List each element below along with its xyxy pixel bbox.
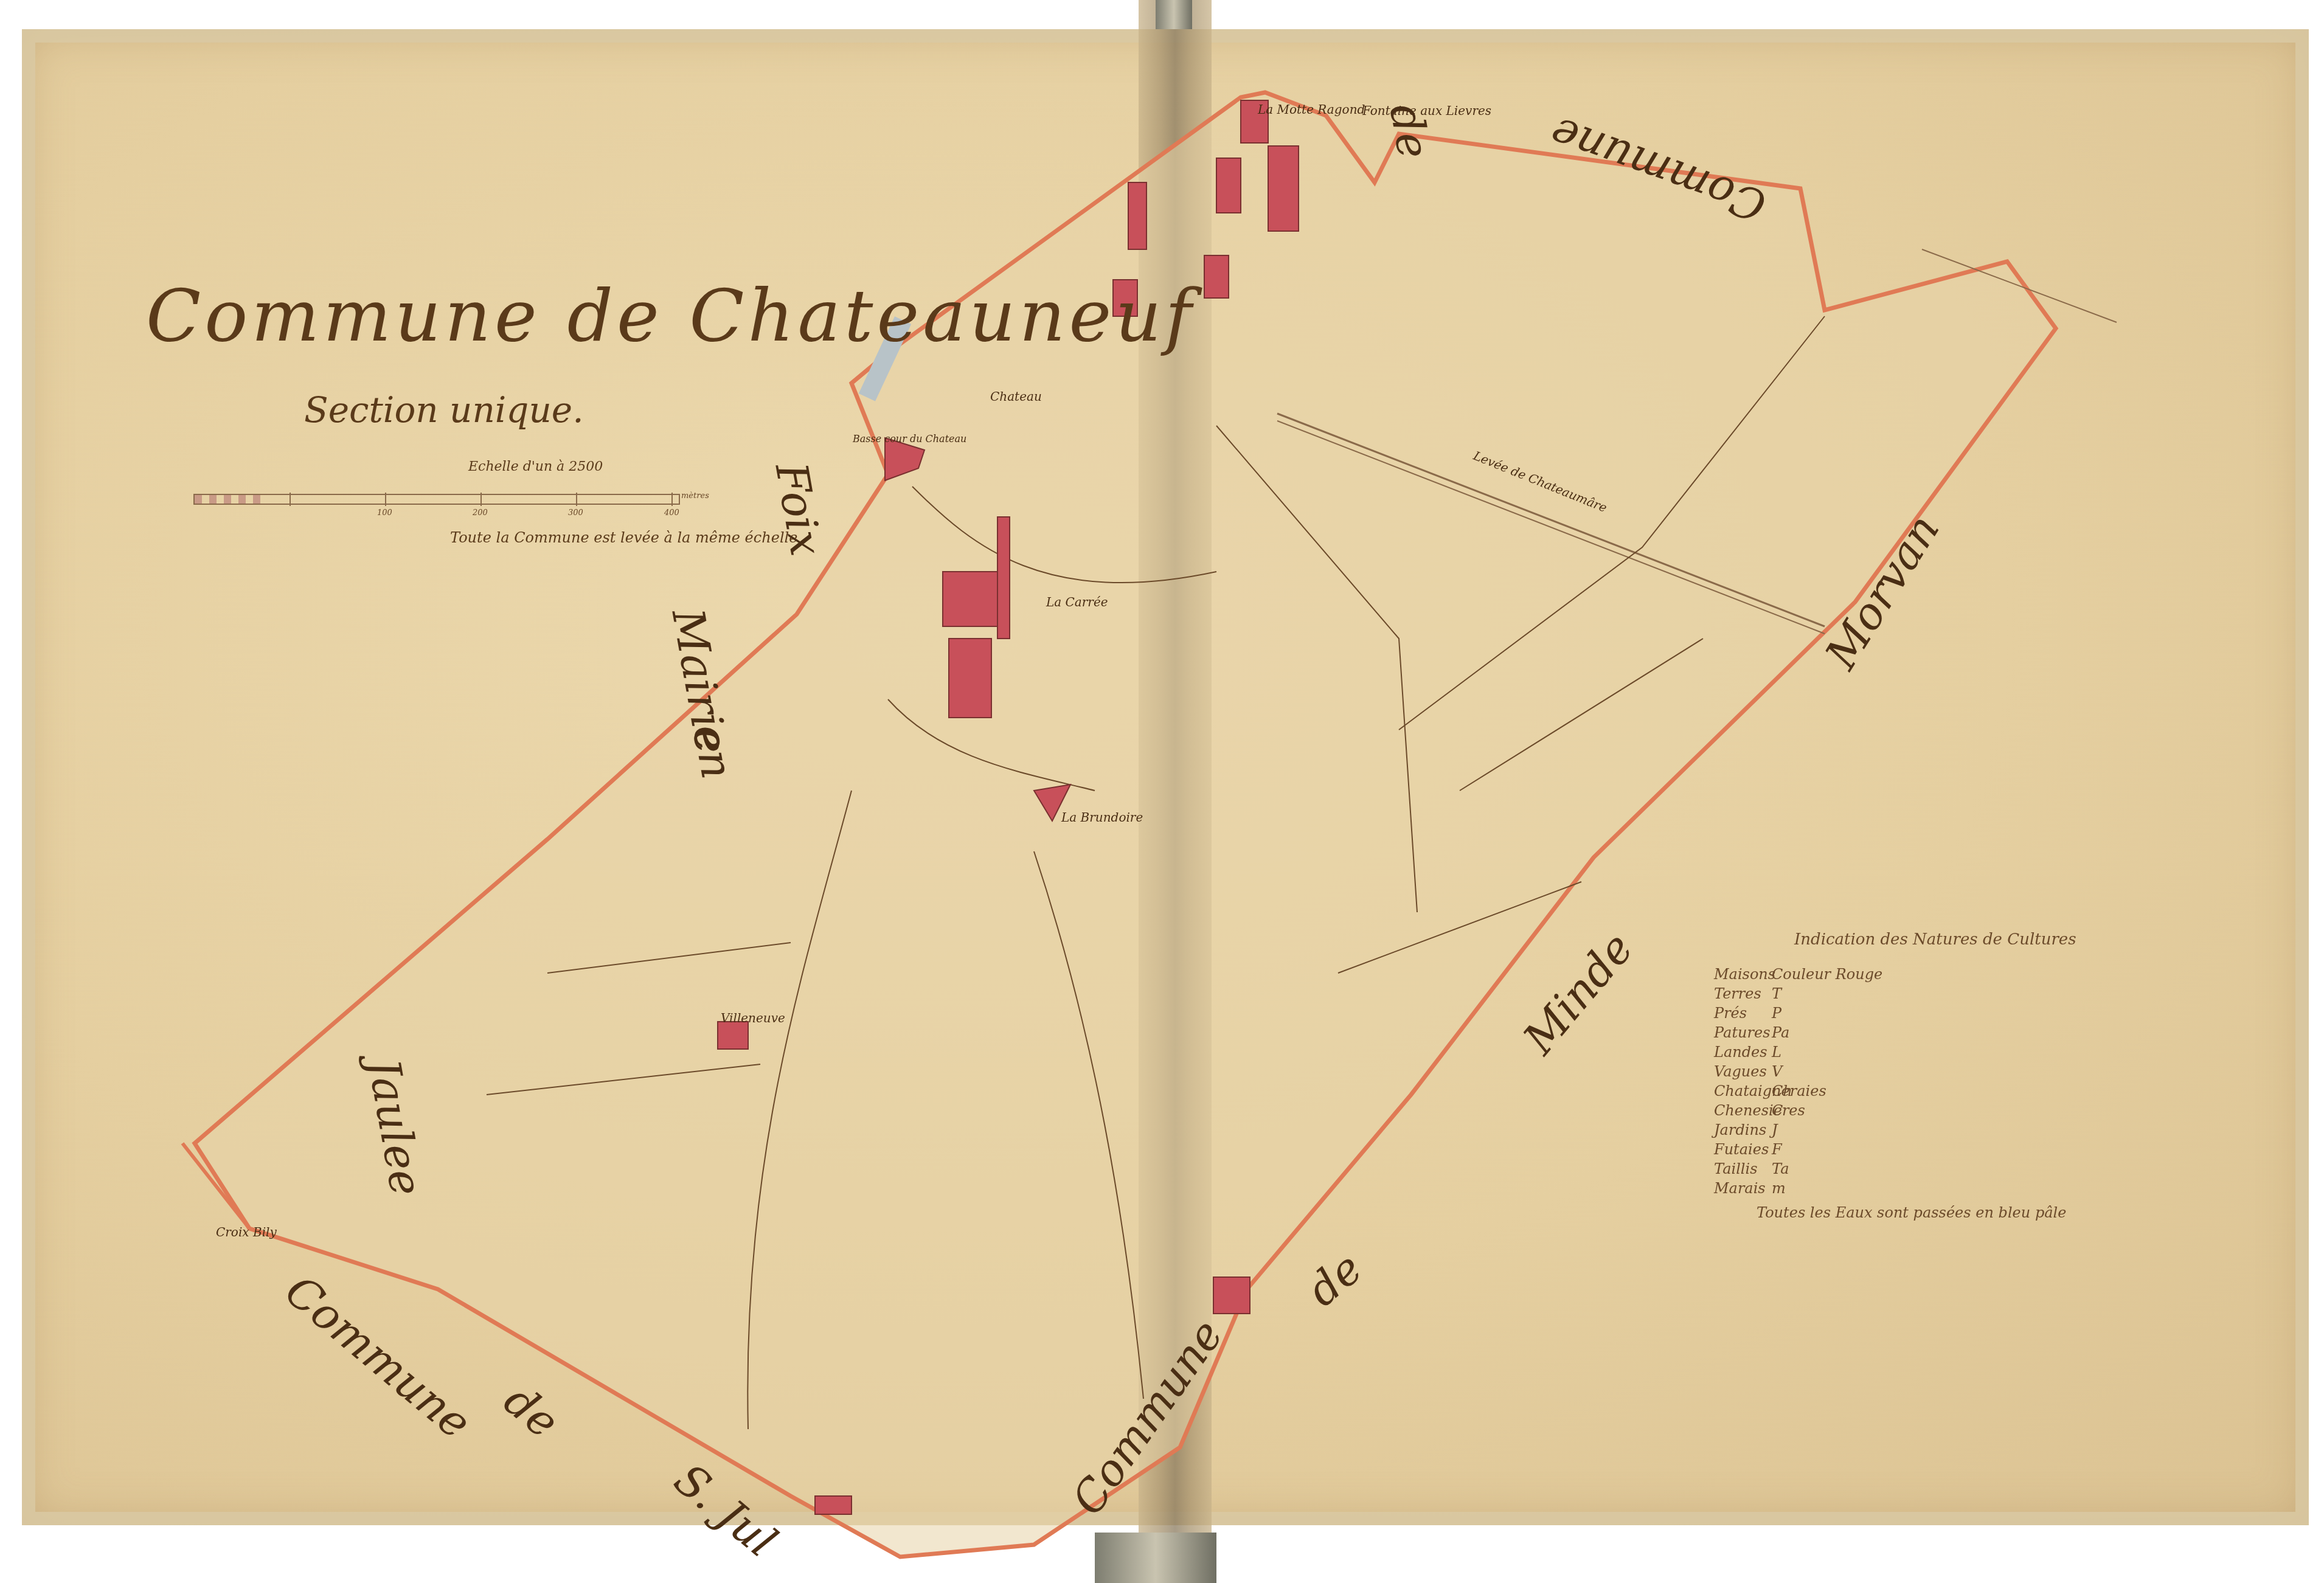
legend-row: ChenesieresC xyxy=(1714,1102,1805,1119)
place-name: La Brundoire xyxy=(1061,810,1143,825)
map-title: Commune de Chateauneuf xyxy=(146,274,1195,358)
legend-row: TaillisTa xyxy=(1714,1160,1757,1177)
legend-footnote: Toutes les Eaux sont passées en bleu pâl… xyxy=(1757,1204,2066,1221)
map-subtitle: Section unique. xyxy=(304,389,584,431)
legend-row: LandesL xyxy=(1714,1044,1767,1061)
legend-row: TerresT xyxy=(1714,985,1761,1002)
place-name: La Carrée xyxy=(1046,595,1108,609)
place-name: Chateau xyxy=(990,389,1042,404)
scale-caption: Echelle d'un à 2500 xyxy=(468,459,603,474)
scale-label-200: 200 xyxy=(473,508,488,518)
scale-label-100: 100 xyxy=(377,508,392,518)
legend-title: Indication des Natures de Cultures xyxy=(1794,930,2076,949)
legend-row: FutaiesF xyxy=(1714,1141,1769,1158)
scale-unit: mètres xyxy=(681,491,709,501)
legend-row: PaturesPa xyxy=(1714,1024,1770,1041)
boundary-label: de xyxy=(1380,100,1440,162)
place-name: Villeneuve xyxy=(721,1011,785,1025)
scale-note: Toute la Commune est levée à la même éch… xyxy=(450,529,797,546)
boundary-label: en xyxy=(684,721,743,783)
scale-bar: 100 200 300 400 mètres xyxy=(193,494,680,505)
scale-label-300: 300 xyxy=(568,508,583,518)
scale-label-400: 400 xyxy=(664,508,679,518)
place-name: Croix Bily xyxy=(216,1225,277,1239)
place-name: La Motte Ragond xyxy=(1258,102,1365,117)
legend-row: MaisonsCouleur Rouge xyxy=(1714,966,1775,983)
legend-row: ChataigneraiesCh xyxy=(1714,1082,1826,1100)
place-name: Basse cour du Chateau xyxy=(853,433,966,445)
legend-row: Maraism xyxy=(1714,1180,1766,1197)
legend-row: PrésP xyxy=(1714,1005,1747,1022)
legend-row: JardinsJ xyxy=(1714,1121,1766,1138)
legend-row: VaguesV xyxy=(1714,1063,1767,1080)
